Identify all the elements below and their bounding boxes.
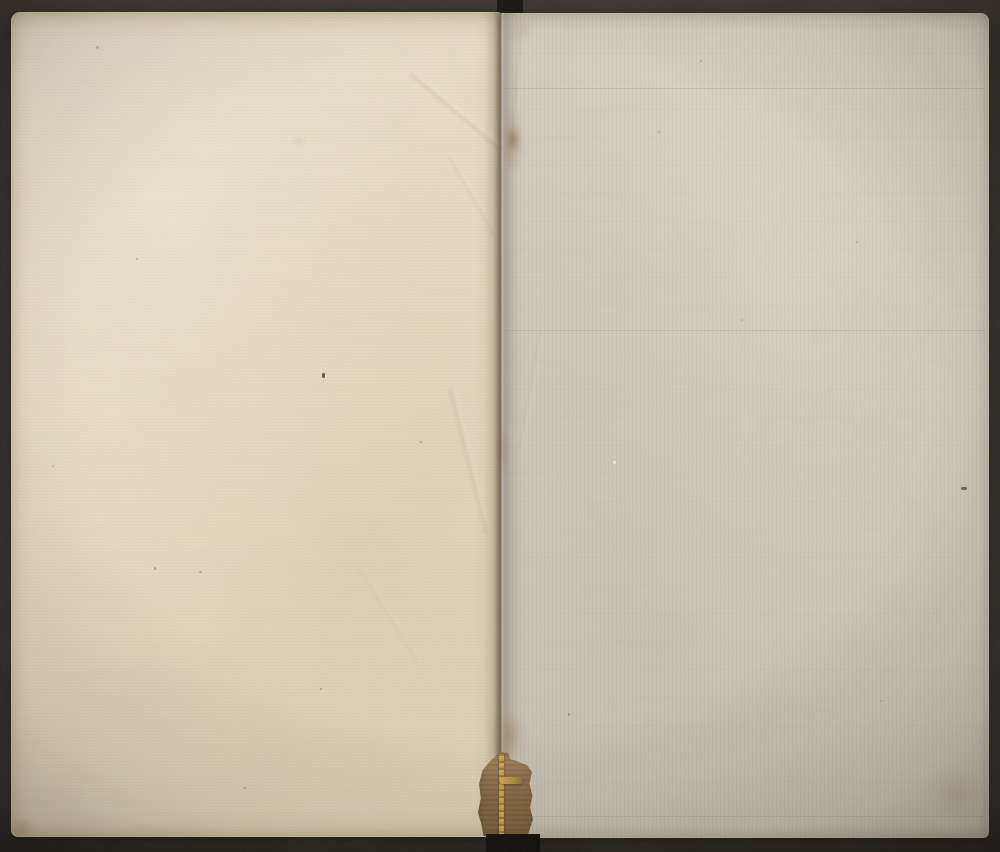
speck (961, 487, 967, 490)
speck (420, 441, 422, 443)
speck (320, 688, 322, 690)
speck (322, 373, 325, 378)
speck (52, 465, 54, 467)
speck (613, 461, 616, 464)
stain (292, 136, 306, 146)
gold-thread-vertical (499, 754, 504, 836)
speck (96, 46, 99, 49)
faint-rule-line (506, 816, 984, 817)
speck (880, 700, 882, 702)
speck (741, 319, 743, 321)
faint-rule-line (506, 88, 984, 89)
speck (154, 567, 156, 570)
faint-rule-line (506, 330, 984, 331)
speck (199, 571, 202, 573)
speck (136, 258, 138, 260)
speck (856, 241, 858, 243)
stain (933, 770, 981, 816)
stain (12, 818, 34, 838)
spine-gutter-shadow (483, 12, 519, 838)
speck (658, 131, 660, 133)
gold-thread-horizontal (500, 777, 522, 784)
right-page (500, 13, 989, 838)
left-page (11, 12, 500, 837)
spine-bottom-notch (486, 834, 540, 852)
speck (244, 787, 246, 789)
speck (568, 713, 570, 716)
scanned-book-spread (0, 0, 1000, 852)
speck (700, 60, 702, 62)
